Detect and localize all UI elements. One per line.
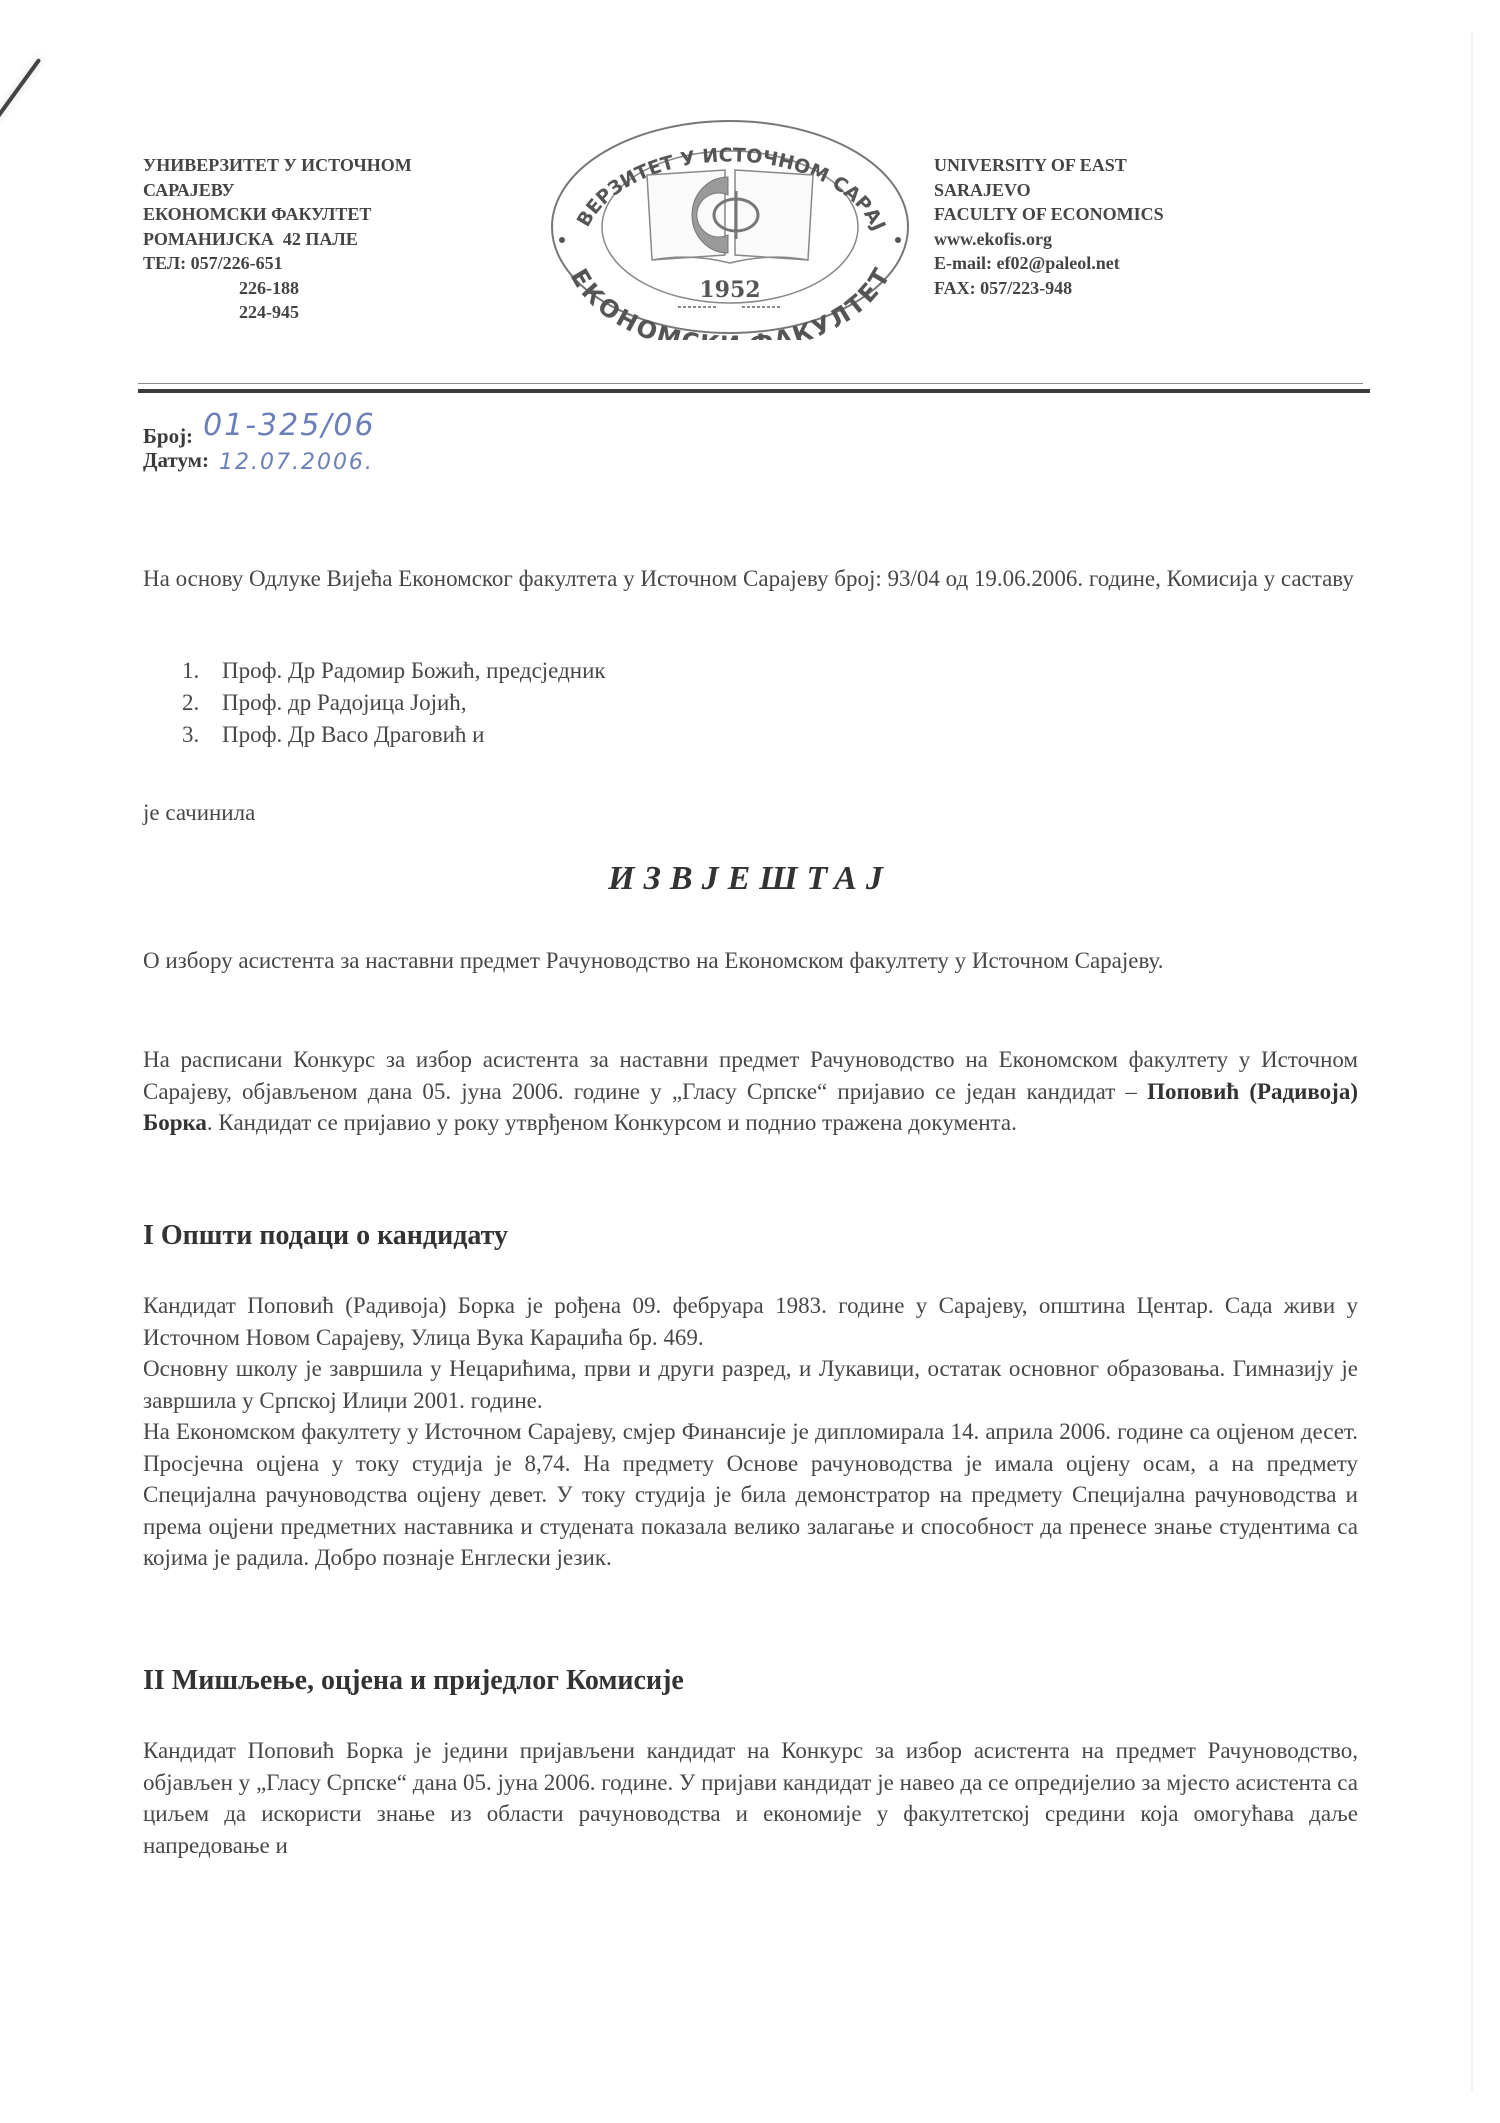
letterhead-right-line: FACULTY OF ECONOMICS xyxy=(934,202,1354,227)
scan-pen-mark xyxy=(0,58,41,123)
letterhead-right-line: SARAJEVO xyxy=(934,178,1354,203)
commission-member: 2. Проф. др Радојица Јојић, xyxy=(182,687,606,719)
letterhead-phone: ТЕЛ: 057/226-651 xyxy=(143,251,503,276)
reference-date-handwritten: 12.07.2006. xyxy=(219,449,374,476)
reference-number-label: Број: xyxy=(143,423,193,450)
section-2-body: Кандидат Поповић Борка је једини пријављ… xyxy=(143,1735,1358,1861)
letterhead-left-line: УНИВЕРЗИТЕТ У ИСТОЧНОМ xyxy=(143,153,503,178)
seal-year: 1952 xyxy=(699,277,760,303)
letterhead-right-line: UNIVERSITY OF EAST xyxy=(934,153,1354,178)
member-name: Проф. др Радојица Јојић, xyxy=(222,687,467,719)
list-number: 2. xyxy=(182,687,222,719)
list-number: 3. xyxy=(182,719,222,751)
compiled-line: је сачинила xyxy=(143,797,1358,829)
reference-number-handwritten: 01-325/06 xyxy=(203,412,376,439)
letterhead-left-line: РОМАНИЈСКА 42 ПАЛЕ xyxy=(143,227,503,252)
compiled-text: је сачинила xyxy=(143,797,1358,829)
letterhead-phone: 224-945 xyxy=(143,300,503,325)
commission-member: 3. Проф. Др Васо Драговић и xyxy=(182,719,606,751)
competition-paragraph: На расписани Конкурс за избор асистента … xyxy=(143,1044,1358,1139)
reference-number-row: Број: 01-325/06 xyxy=(143,420,376,447)
commission-list: 1. Проф. Др Радомир Божић, предсједник 2… xyxy=(182,655,606,751)
subject-text: О избору асистента за наставни предмет Р… xyxy=(143,945,1358,977)
list-number: 1. xyxy=(182,655,222,687)
competition-text-end: . Кандидат се пријавио у року утврђеном … xyxy=(207,1110,1017,1135)
reference-date-label: Датум: xyxy=(143,447,209,474)
letterhead-left-line: ЕКОНОМСКИ ФАКУЛТЕТ xyxy=(143,202,503,227)
header-rule-thin xyxy=(138,383,1363,384)
letterhead-fax: FAX: 057/223-948 xyxy=(934,276,1354,301)
section-1-body: Кандидат Поповић (Радивоја) Борка је рођ… xyxy=(143,1290,1358,1574)
faculty-seal-logo: УНИВЕРЗИТЕТ У ИСТОЧНОМ САРАЈЕВУ ЕКОНОМСК… xyxy=(540,115,920,340)
document-title: ИЗВЈЕШТАЈ xyxy=(0,860,1500,898)
section-1-heading: I Општи подаци о кандидату xyxy=(143,1220,508,1252)
section-1-paragraph: Основну школу је завршила у Нецарићима, … xyxy=(143,1353,1358,1416)
subject-paragraph: О избору асистента за наставни предмет Р… xyxy=(143,945,1358,977)
section-1-paragraph: Кандидат Поповић (Радивоја) Борка је рођ… xyxy=(143,1290,1358,1353)
scan-edge xyxy=(1471,32,1473,2092)
letterhead-right: UNIVERSITY OF EAST SARAJEVO FACULTY OF E… xyxy=(934,153,1354,300)
letterhead-email: E-mail: ef02@paleol.net xyxy=(934,251,1354,276)
reference-date-row: Датум: 12.07.2006. xyxy=(143,447,376,474)
section-2-heading: II Мишљење, оцјена и приједлог Комисије xyxy=(143,1665,684,1697)
section-2-paragraph: Кандидат Поповић Борка је једини пријављ… xyxy=(143,1735,1358,1861)
intro-text: На основу Одлуке Вијећа Економског факул… xyxy=(143,563,1358,595)
section-1-paragraph: На Економском факултету у Источном Сарај… xyxy=(143,1416,1358,1574)
letterhead-left: УНИВЕРЗИТЕТ У ИСТОЧНОМ САРАЈЕВУ ЕКОНОМСК… xyxy=(143,153,503,325)
reference-block: Број: 01-325/06 Датум: 12.07.2006. xyxy=(143,420,376,474)
letterhead-phone: 226-188 xyxy=(143,276,503,301)
commission-member: 1. Проф. Др Радомир Божић, предсједник xyxy=(182,655,606,687)
intro-paragraph: На основу Одлуке Вијећа Економског факул… xyxy=(143,563,1358,595)
member-name: Проф. Др Васо Драговић и xyxy=(222,719,484,751)
header-rule-thick xyxy=(138,389,1370,393)
letterhead-left-line: САРАЈЕВУ xyxy=(143,178,503,203)
letterhead-website: www.ekofis.org xyxy=(934,227,1354,252)
member-name: Проф. Др Радомир Божић, предсједник xyxy=(222,655,606,687)
